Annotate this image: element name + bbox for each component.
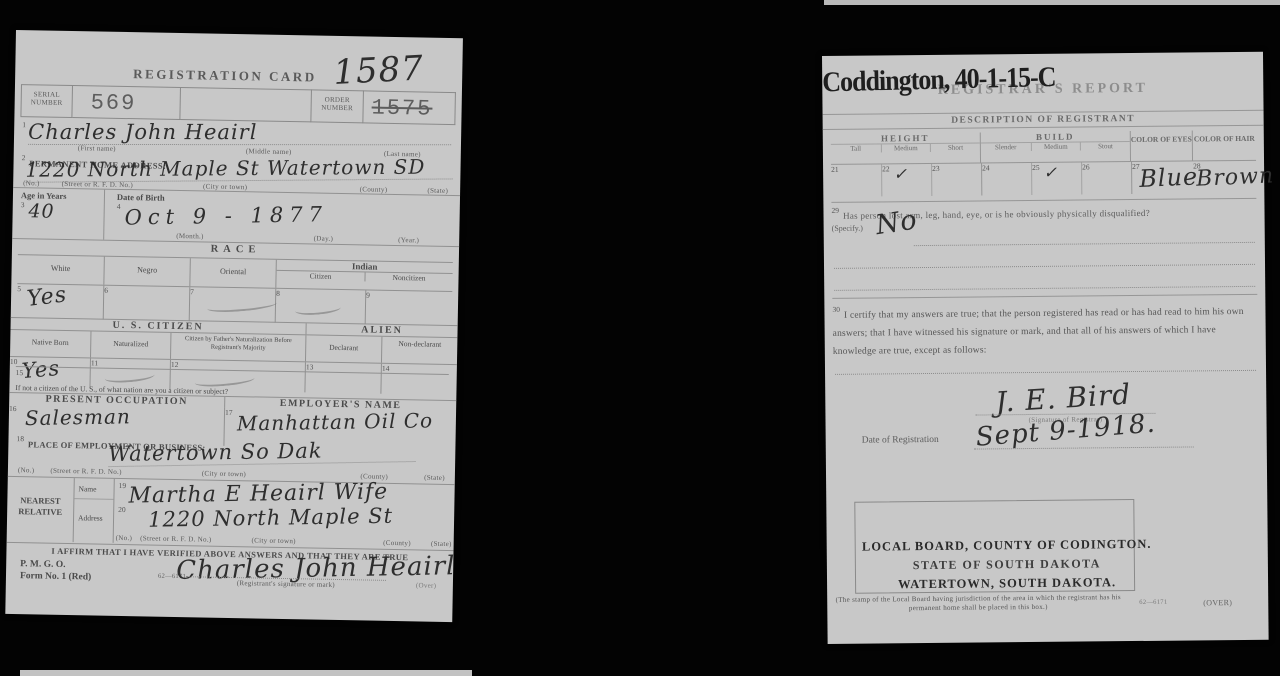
dob-month-label: (Month.) [176,232,204,241]
field-18-num: 18 [16,434,24,443]
race-oriental-label: Oriental [189,258,275,288]
race-white-label: White [17,255,103,285]
q29-line-2 [834,264,1255,269]
field-30-num: 30 [832,305,840,314]
board-stamp-line3: WATERTOWN, SOUTH DAKOTA. [827,572,1187,595]
first-name-label: (First name) [78,144,116,153]
employment-place-value: Watertown So Dak [108,437,415,467]
n25: 25 [1032,163,1040,172]
emp-street-label: (Street or R. F. D. No.) [50,467,122,476]
relative-address-value: 1220 North Maple St [148,504,393,532]
race-indian-citizen-label: Citizen [276,271,364,282]
q29-line-3 [834,286,1255,291]
n21: 21 [831,165,839,174]
race-6-num: 6 [104,286,108,295]
dob-day-label: (Day.) [314,234,334,242]
relative-name-label: Name [75,478,114,494]
dob-year-label: (Year.) [398,236,419,244]
eyes-value: Blue [1139,162,1199,193]
date-of-registration-label: Date of Registration [862,435,939,446]
county-stamp: Coddington, 40-1-15-C [822,61,1056,99]
age-value: 40 [28,200,55,222]
q30-text: I certify that my answers are true; that… [833,307,1244,357]
occupation-value: Salesman [24,404,130,430]
home-address-value: 1220 North Maple St Watertown SD [25,154,452,182]
q29-answer: No [874,204,920,241]
over-label-left: (Over) [416,581,437,589]
field-19-num: 19 [119,481,127,490]
height-tall-label: Tall [831,144,881,152]
field-17-num: 17 [225,408,233,417]
hair-header: COLOR OF HAIR [1193,130,1256,161]
print-code-right: 62—6171 [1139,599,1167,606]
board-box-fine-print: (The stamp of the Local Board having jur… [833,593,1123,614]
serial-number-value: 569 [90,90,179,117]
order-number-label: ORDER NUMBER [311,89,364,123]
serial-number-label: SERIAL NUMBER [20,84,73,118]
race-indian-noncitizen-label: Noncitizen [364,272,452,283]
scan-edge-bottom-left [20,670,472,676]
over-label-right: (OVER) [1203,598,1232,607]
registrant-name-value: Charles John Heairl [28,120,451,145]
build-stout-label: Stout [1080,142,1130,150]
form-no-label: Form No. 1 (Red) [20,571,91,585]
q30-line [835,370,1256,375]
build-slender-label: Slender [981,143,1031,151]
n22: 22 [882,164,890,173]
father-naturalization-label: Citizen by Father's Naturalization Befor… [170,333,305,361]
q29-line-1 [914,242,1255,246]
board-stamp-line1: LOCAL BOARD, COUNTY OF CODINGTON. [827,535,1187,558]
handwritten-card-number: 1587 [332,48,424,93]
field-4-num: 4 [117,202,121,211]
height-medium-label: Medium [881,144,931,152]
declarant-label: Declarant [305,335,381,362]
cit-13-num: 13 [306,362,314,371]
registrars-report-card: REGISTRAR'S REPORT Coddington, 40-1-15-C… [822,52,1269,644]
n23: 23 [932,164,940,173]
cit-12-num: 12 [171,360,179,369]
field-1-num: 1 [22,120,26,129]
height-short-label: Short [930,143,980,151]
nearest-relative-label: NEAREST RELATIVE [7,477,74,542]
emp-city-label: (City or town) [202,469,246,478]
rel-street-label: (Street or R. F. D. No.) [140,534,212,543]
registration-card: REGISTRATION CARD 1587 SERIAL NUMBER 569… [5,30,463,622]
field-3-num: 3 [21,200,25,209]
eyes-header: COLOR OF EYES [1131,130,1193,161]
middle-name-label: (Middle name) [246,147,292,156]
race-white-value: Yes [25,282,68,312]
emp-state-label: (State) [424,474,445,482]
dob-value: Oct 9 - 1877 [124,202,328,229]
race-8-num: 8 [276,289,280,298]
naturalized-label: Naturalized [90,331,170,358]
cit-10-num: 10 [10,357,18,366]
nondeclarant-label: Non-declarant [381,337,457,364]
cit-14-num: 14 [382,364,390,373]
field-16-num: 16 [9,404,17,413]
order-number-value: 1575 [371,96,454,123]
rel-state-label: (State) [431,540,452,548]
field-20-num: 20 [118,505,126,514]
employer-value: Manhattan Oil Co [236,408,433,435]
relative-address-label: Address [74,498,113,523]
n26: 26 [1082,162,1090,171]
n24: 24 [982,163,990,172]
scan-edge-top-right [824,0,1280,5]
race-5-num: 5 [17,284,21,293]
rel-no-label: (No.) [116,534,133,542]
field-29-num: 29 [831,206,839,215]
rel-city-label: (City or town) [251,536,295,545]
height-medium-check: ✓ [894,164,909,183]
build-medium-check: ✓ [1044,163,1059,182]
race-negro-label: Negro [103,257,189,287]
emp-no-label: (No.) [18,466,35,474]
build-medium-label: Medium [1031,143,1081,151]
race-9-num: 9 [366,290,370,299]
registration-card-title: REGISTRATION CARD [133,66,317,85]
cit-11-num: 11 [91,358,98,367]
hair-value: Brown [1196,163,1275,191]
native-born-label: Native Born [10,330,90,357]
race-7-num: 7 [190,287,194,296]
description-header: DESCRIPTION OF REGISTRANT [823,110,1264,130]
rel-county-label: (County) [383,539,411,548]
